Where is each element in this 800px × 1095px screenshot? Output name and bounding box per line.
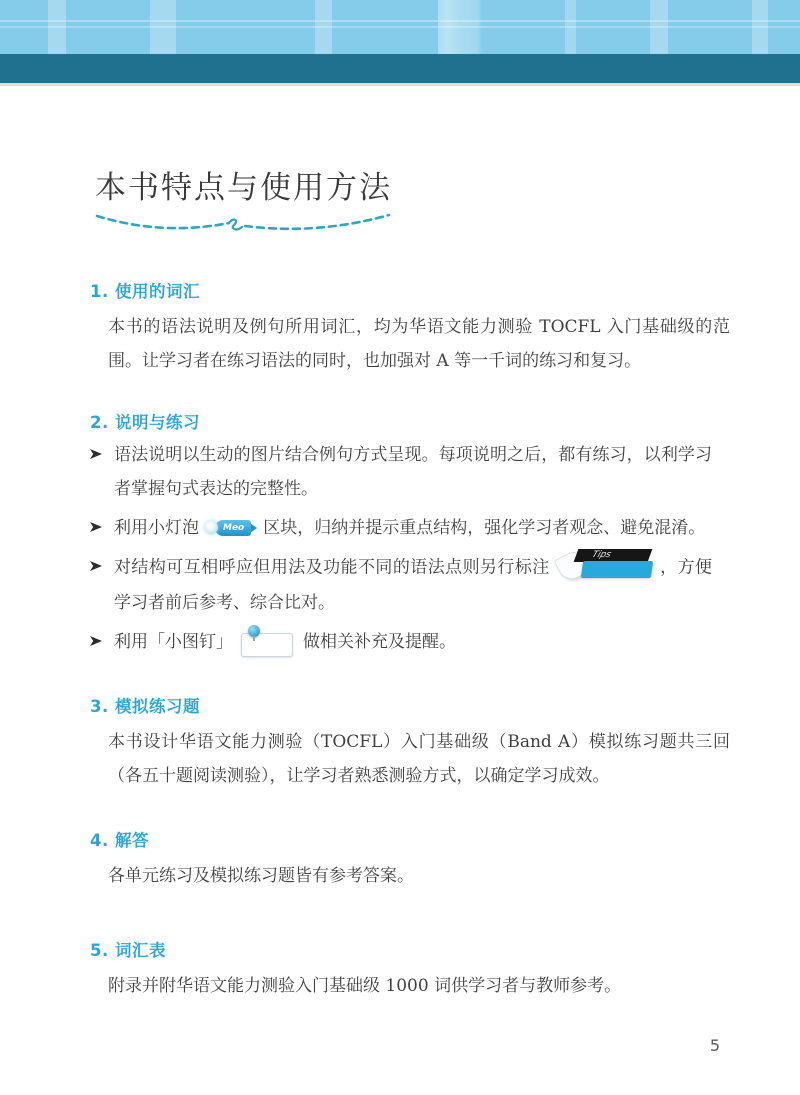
bullet-text-pre: 利用小灯泡 (114, 518, 199, 538)
page-title: 本书特点与使用方法 (95, 162, 800, 207)
book-page: 本书特点与使用方法 1. 使用的词汇 本书的语法说明及例句所用词汇，均为华语文能… (0, 0, 800, 1095)
section-4-body: 各单元练习及模拟练习题皆有参考答案。 (108, 859, 730, 893)
lightbulb-glyph (205, 521, 218, 534)
memo-badge-tail (250, 523, 257, 533)
section-2-bullet-2: 利用小灯泡Meo区块，归纳并提示重点结构，强化学习者观念、避免混淆。 (90, 511, 712, 545)
memo-badge-label: Meo (215, 520, 251, 536)
bullet-text-pre: 对结构可互相呼应但用法及功能不同的语法点则另行标注 (114, 558, 550, 578)
bullet-text: 语法说明以生动的图片结合例句方式呈现。每项说明之后，都有练习，以利学习者掌握句式… (114, 438, 712, 506)
bullet-arrow-icon (90, 438, 114, 506)
section-1-body: 本书的语法说明及例句所用词汇，均为华语文能力测验 TOCFL 入门基础级的范围。… (108, 310, 730, 378)
bullet-text-post: 做相关补充及提醒。 (303, 632, 456, 652)
bullet-text: 利用小灯泡Meo区块，归纳并提示重点结构，强化学习者观念、避免混淆。 (114, 511, 712, 545)
section-2-heading: 2. 说明与练习 (90, 409, 712, 433)
page-content: 1. 使用的词汇 本书的语法说明及例句所用词汇，均为华语文能力测验 TOCFL … (0, 278, 800, 1003)
bullet-text: 利用「小图钉」做相关补充及提醒。 (114, 625, 712, 659)
pushpin-glyph (248, 625, 260, 637)
section-2-bullet-3: 对结构可互相呼应但用法及功能不同的语法点则另行标注Tips，方便学习者前后参考、… (90, 550, 712, 620)
section-5-body: 附录并附华语文能力测验入门基础级 1000 词供学习者与教师参考。 (108, 969, 730, 1003)
note-card-shape (241, 633, 293, 657)
bullet-arrow-icon (90, 511, 114, 545)
section-5-heading: 5. 词汇表 (90, 937, 712, 961)
top-teal-band (0, 54, 800, 83)
bullet-text-pre: 利用「小图钉」 (114, 632, 233, 652)
lightbulb-memo-icon: Meo (205, 520, 257, 536)
pushpin-note-icon (241, 625, 295, 657)
tips-tag-icon: Tips (556, 548, 654, 584)
bullet-text-post: 区块，归纳并提示重点结构，强化学习者观念、避免混淆。 (263, 518, 705, 538)
section-1-heading: 1. 使用的词汇 (90, 278, 712, 302)
page-number: 5 (710, 1036, 720, 1055)
top-striped-band (0, 0, 800, 54)
section-2-bullet-4: 利用「小图钉」做相关补充及提醒。 (90, 625, 712, 659)
section-2-bullet-1: 语法说明以生动的图片结合例句方式呈现。每项说明之后，都有练习，以利学习者掌握句式… (90, 438, 712, 506)
bullet-text: 对结构可互相呼应但用法及功能不同的语法点则另行标注Tips，方便学习者前后参考、… (114, 550, 712, 620)
tips-tag-blue-strip (581, 561, 653, 578)
top-beige-rule (0, 83, 800, 86)
section-3-heading: 3. 模拟练习题 (90, 693, 712, 717)
bullet-arrow-icon (90, 625, 114, 659)
section-4-heading: 4. 解答 (90, 827, 712, 851)
title-dashed-underline-decoration (93, 210, 393, 236)
section-3-body: 本书设计华语文能力测验（TOCFL）入门基础级（Band A）模拟练习题共三回（… (108, 725, 730, 793)
bullet-arrow-icon (90, 550, 114, 620)
